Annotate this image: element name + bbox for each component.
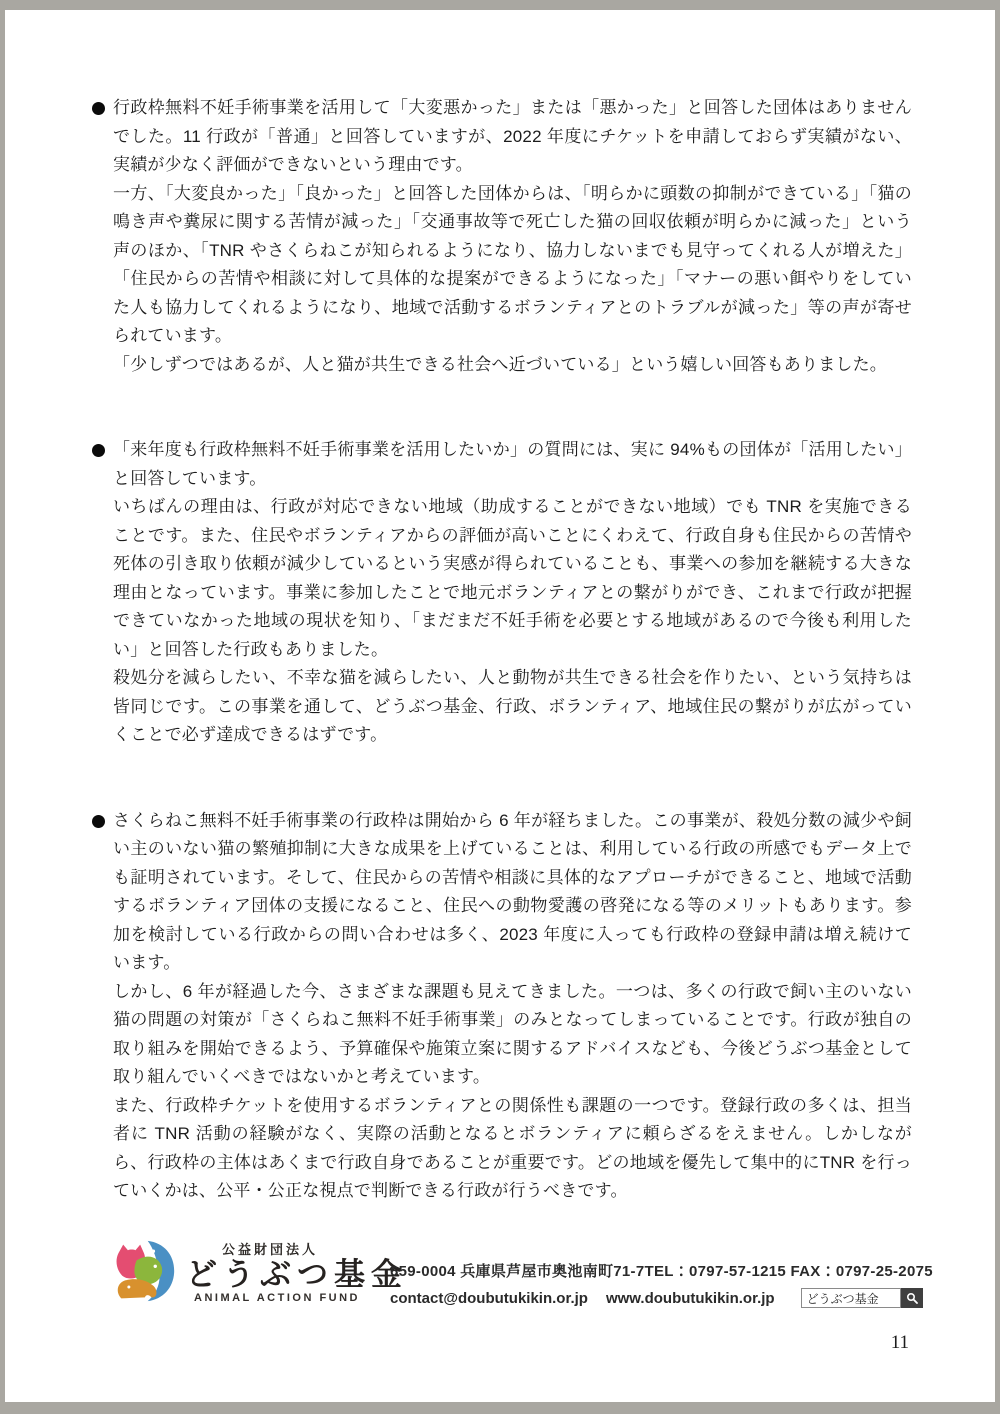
paragraph: さくらねこ無料不妊手術事業の行政枠は開始から 6 年が経ちました。この事業が、殺… (113, 807, 912, 978)
site-search-input (801, 1288, 901, 1308)
bullet-icon (92, 815, 105, 828)
paragraph: 行政枠無料不妊手術事業を活用して「大変悪かった」または「悪かった」と回答した団体… (113, 94, 912, 180)
magnifier-icon (906, 1292, 918, 1304)
paragraph: 「少しずつではあるが、人と猫が共生できる社会へ近づいている」という嬉しい回答もあ… (113, 351, 912, 380)
page-content: 行政枠無料不妊手術事業を活用して「大変悪かった」または「悪かった」と回答した団体… (92, 94, 912, 1206)
site-search-box (801, 1288, 923, 1308)
page-number: 11 (891, 1332, 909, 1354)
paragraph: 一方、「大変良かった」「良かった」と回答した団体からは、「明らかに頭数の抑制がで… (113, 180, 912, 351)
footer: 公益財団法人 どうぶつ基金 ANIMAL ACTION FUND 659-000… (5, 1232, 995, 1332)
contact-row: contact@doubutukikin.or.jp www.doubutuki… (390, 1288, 970, 1308)
search-button (901, 1288, 923, 1308)
paragraph: 殺処分を減らしたい、不幸な猫を減らしたい、人と動物が共生できる社会を作りたい、と… (113, 664, 912, 750)
org-name-english: ANIMAL ACTION FUND (194, 1292, 408, 1304)
email-address: contact@doubutukikin.or.jp (390, 1290, 588, 1307)
paragraph: いちばんの理由は、行政が対応できない地域（助成することができない地域）でも TN… (113, 493, 912, 664)
bullet-section-six-years: さくらねこ無料不妊手術事業の行政枠は開始から 6 年が経ちました。この事業が、殺… (92, 807, 912, 1206)
bullet-icon (92, 102, 105, 115)
document-viewport: 行政枠無料不妊手術事業を活用して「大変悪かった」または「悪かった」と回答した団体… (0, 0, 1000, 1414)
org-logo-text: 公益財団法人 どうぶつ基金 ANIMAL ACTION FUND (186, 1239, 408, 1304)
bullet-section-survey-results: 行政枠無料不妊手術事業を活用して「大変悪かった」または「悪かった」と回答した団体… (92, 94, 912, 379)
paragraph: 「来年度も行政枠無料不妊手術事業を活用したいか」の質問には、実に 94%もの団体… (113, 436, 912, 493)
bullet-icon (92, 444, 105, 457)
bullet-section-next-year: 「来年度も行政枠無料不妊手術事業を活用したいか」の質問には、実に 94%もの団体… (92, 436, 912, 750)
animal-fund-logo-icon (110, 1238, 176, 1304)
org-name: どうぶつ基金 (186, 1258, 408, 1292)
document-page: 行政枠無料不妊手術事業を活用して「大変悪かった」または「悪かった」と回答した団体… (5, 10, 995, 1402)
address-phone-fax: 659-0004 兵庫県芦屋市奥池南町71-7TEL：0797-57-1215 … (390, 1260, 970, 1281)
website-url: www.doubutukikin.or.jp (606, 1290, 775, 1307)
paragraph: また、行政枠チケットを使用するボランティアとの関係性も課題の一つです。登録行政の… (113, 1092, 912, 1206)
org-type-label: 公益財団法人 (222, 1239, 408, 1258)
contact-block: 659-0004 兵庫県芦屋市奥池南町71-7TEL：0797-57-1215 … (390, 1260, 970, 1308)
org-logo: 公益財団法人 どうぶつ基金 ANIMAL ACTION FUND (110, 1238, 408, 1304)
paragraph: しかし、6 年が経過した今、さまざまな課題も見えてきました。一つは、多くの行政で… (113, 978, 912, 1092)
